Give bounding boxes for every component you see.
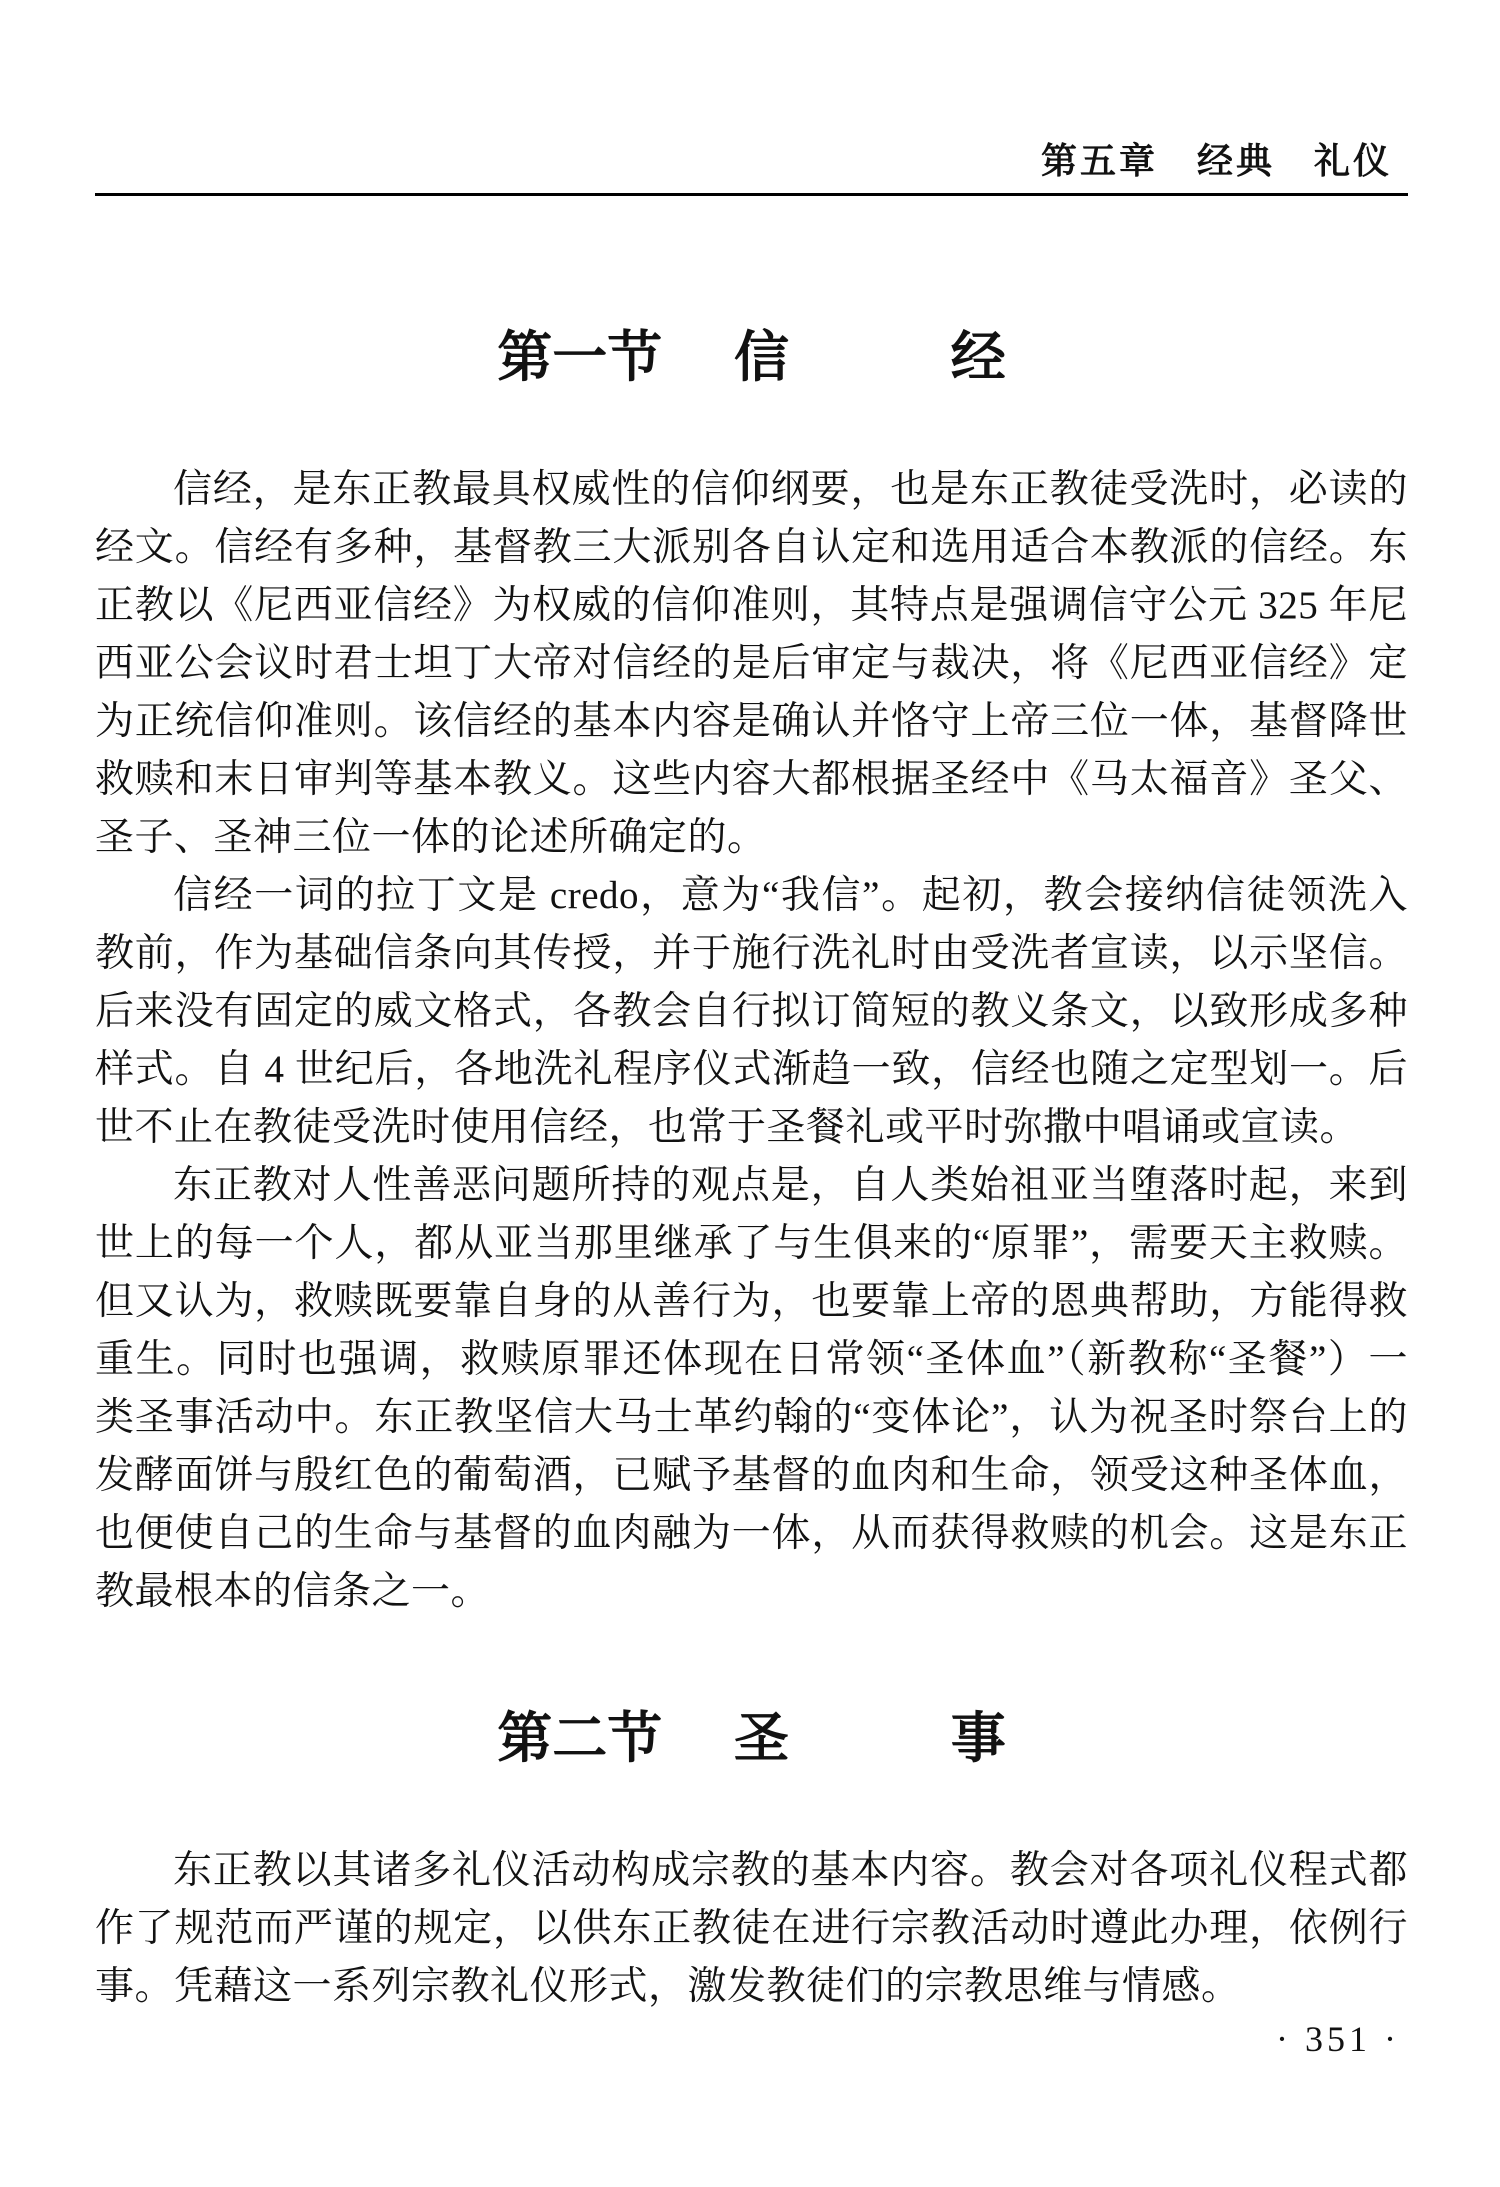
section-creed: 第一节 信 经 信经，是东正教最具权威性的信仰纲要，也是东正教徒受洗时，必读的经… [95, 324, 1408, 1621]
section-number-label: 第二节 [497, 1708, 662, 1769]
page-number: · 351 · [1276, 2018, 1400, 2060]
paragraph: 信经一词的拉丁文是 credo，意为“我信”。起初，教会接纳信徒领洗入教前，作为… [95, 867, 1408, 1157]
section-title-word: 圣 [734, 1708, 789, 1769]
paragraph: 信经，是东正教最具权威性的信仰纲要，也是东正教徒受洗时，必读的经文。信经有多种，… [95, 461, 1408, 867]
section-sacraments: 第二节 圣 事 东正教以其诸多礼仪活动构成宗教的基本内容。教会对各项礼仪程式都作… [95, 1705, 1408, 2016]
running-header: 第五章 经典 礼仪 [95, 140, 1408, 183]
section-title-word: 经 [951, 327, 1006, 388]
paragraph: 东正教对人性善恶问题所持的观点是，自人类始祖亚当堕落时起，来到世上的每一个人，都… [95, 1157, 1408, 1621]
section-title-word: 事 [951, 1708, 1006, 1769]
section-title-creed: 第一节 信 经 [95, 324, 1408, 393]
section-number-label: 第一节 [497, 327, 662, 388]
book-page: 第五章 经典 礼仪 第一节 信 经 信经，是东正教最具权威性的信仰纲要，也是东正… [0, 0, 1500, 2187]
header-rule [95, 193, 1408, 196]
section-title-word: 信 [734, 327, 789, 388]
paragraph: 东正教以其诸多礼仪活动构成宗教的基本内容。教会对各项礼仪程式都作了规范而严谨的规… [95, 1842, 1408, 2016]
section-title-sacraments: 第二节 圣 事 [95, 1705, 1408, 1774]
